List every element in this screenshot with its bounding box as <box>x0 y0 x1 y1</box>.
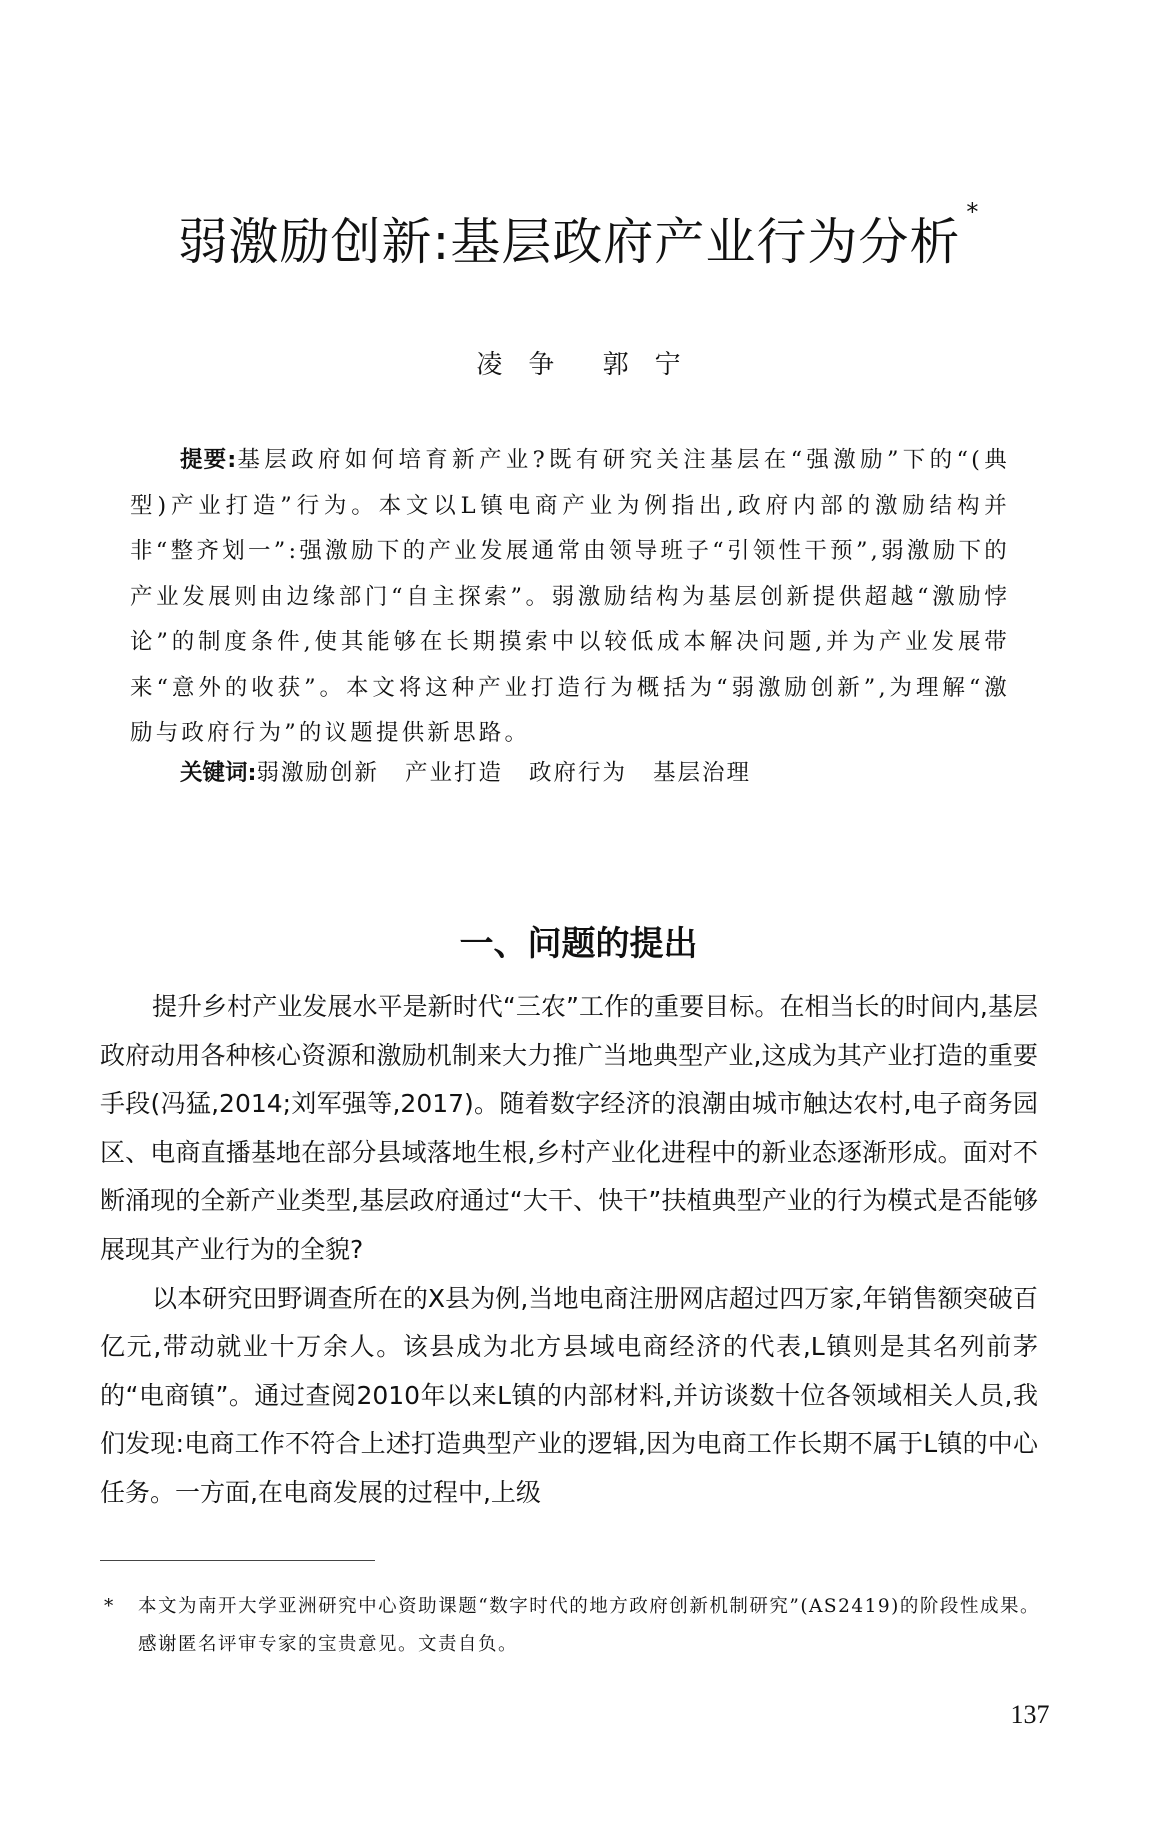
title-footnote-mark: * <box>966 198 979 226</box>
footnote: * 本文为南开大学亚洲研究中心资助课题“数字时代的地方政府创新机制研究”(AS2… <box>100 1588 1040 1664</box>
keywords-label: 关键词: <box>180 760 257 786</box>
article-title-text: 弱激励创新:基层政府产业行为分析 <box>178 213 961 271</box>
author-list: 凌 争 郭 宁 <box>0 344 1157 381</box>
body-paragraph: 以本研究田野调查所在的X县为例,当地电商注册网店超过四万家,年销售额突破百亿元,… <box>100 1275 1038 1518</box>
author-name: 凌 争 <box>476 350 554 380</box>
body-text: 提升乡村产业发展水平是新时代“三农”工作的重要目标。在相当长的时间内,基层政府动… <box>100 983 1038 1518</box>
article-title: 弱激励创新:基层政府产业行为分析* <box>0 202 1157 274</box>
footnote-divider <box>100 1560 375 1561</box>
footnote-text: 本文为南开大学亚洲研究中心资助课题“数字时代的地方政府创新机制研究”(AS241… <box>138 1588 1040 1664</box>
page-number: 137 <box>1000 1700 1060 1730</box>
keyword: 产业打造 <box>405 760 503 786</box>
body-paragraph: 提升乡村产业发展水平是新时代“三农”工作的重要目标。在相当长的时间内,基层政府动… <box>100 983 1038 1275</box>
abstract: 提要:基层政府如何培育新产业?既有研究关注基层在“强激励”下的“(典型)产业打造… <box>130 438 1010 757</box>
keyword: 政府行为 <box>529 760 627 786</box>
section-heading: 一、问题的提出 <box>0 916 1157 965</box>
abstract-paragraph: 提要:基层政府如何培育新产业?既有研究关注基层在“强激励”下的“(典型)产业打造… <box>130 438 1010 757</box>
author-name: 郭 宁 <box>603 350 681 380</box>
abstract-label: 提要: <box>180 447 236 473</box>
keyword: 弱激励创新 <box>257 760 380 786</box>
footnote-mark: * <box>104 1588 115 1626</box>
abstract-text: 基层政府如何培育新产业?既有研究关注基层在“强激励”下的“(典型)产业打造”行为… <box>130 447 1010 746</box>
keyword: 基层治理 <box>653 760 751 786</box>
keywords: 关键词:弱激励创新产业打造政府行为基层治理 <box>180 755 777 787</box>
